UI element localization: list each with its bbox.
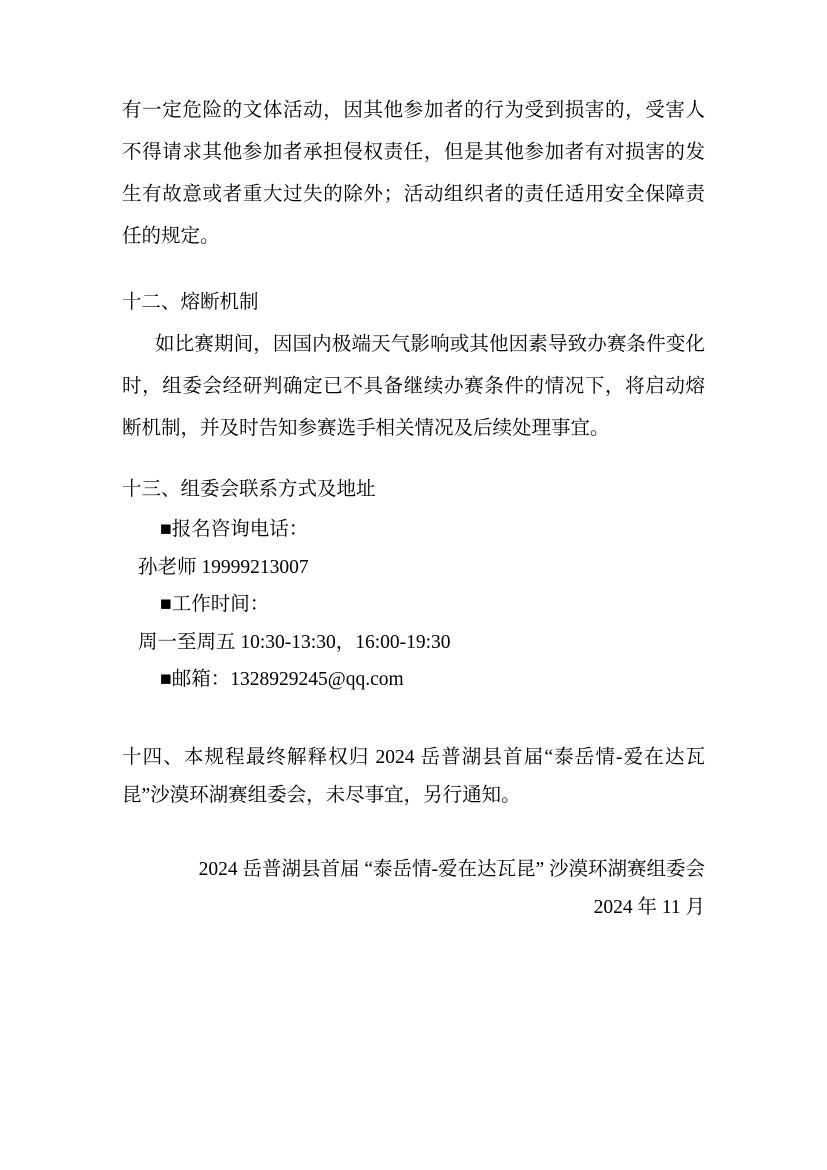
contact-line-hours-label: ■工作时间： (122, 586, 705, 624)
section-12-heading: 十二、熔断机制 (122, 282, 705, 324)
contact-line-hours-value: 周一至周五 10:30-13:30，16:00-19:30 (122, 624, 705, 662)
section-13-heading: 十三、组委会联系方式及地址 (122, 469, 705, 511)
document-page: 有一定危险的文体活动，因其他参加者的行为受到损害的，受害人不得请求其他参加者承担… (0, 0, 827, 1170)
contact-line-phone-number: 孙老师 19999213007 (122, 549, 705, 587)
contact-line-email: ■邮箱：1328929245@qq.com (122, 661, 705, 699)
continuation-paragraph: 有一定危险的文体活动，因其他参加者的行为受到损害的，受害人不得请求其他参加者承担… (122, 90, 705, 258)
signature-committee: 2024 岳普湖县首届 “泰岳情-爱在达瓦昆” 沙漠环湖赛组委会 (122, 851, 705, 889)
contact-line-phone-label: ■报名咨询电话： (122, 511, 705, 549)
section-14-paragraph: 十四、本规程最终解释权归 2024 岳普湖县首届“泰岳情-爱在达瓦昆”沙漠环湖赛… (122, 739, 705, 815)
section-12-body: 如比赛期间，因国内极端天气影响或其他因素导致办赛条件变化时，组委会经研判确定已不… (122, 324, 705, 450)
contact-info-block: ■报名咨询电话： 孙老师 19999213007 ■工作时间： 周一至周五 10… (122, 511, 705, 699)
signature-date: 2024 年 11 月 (122, 889, 705, 927)
